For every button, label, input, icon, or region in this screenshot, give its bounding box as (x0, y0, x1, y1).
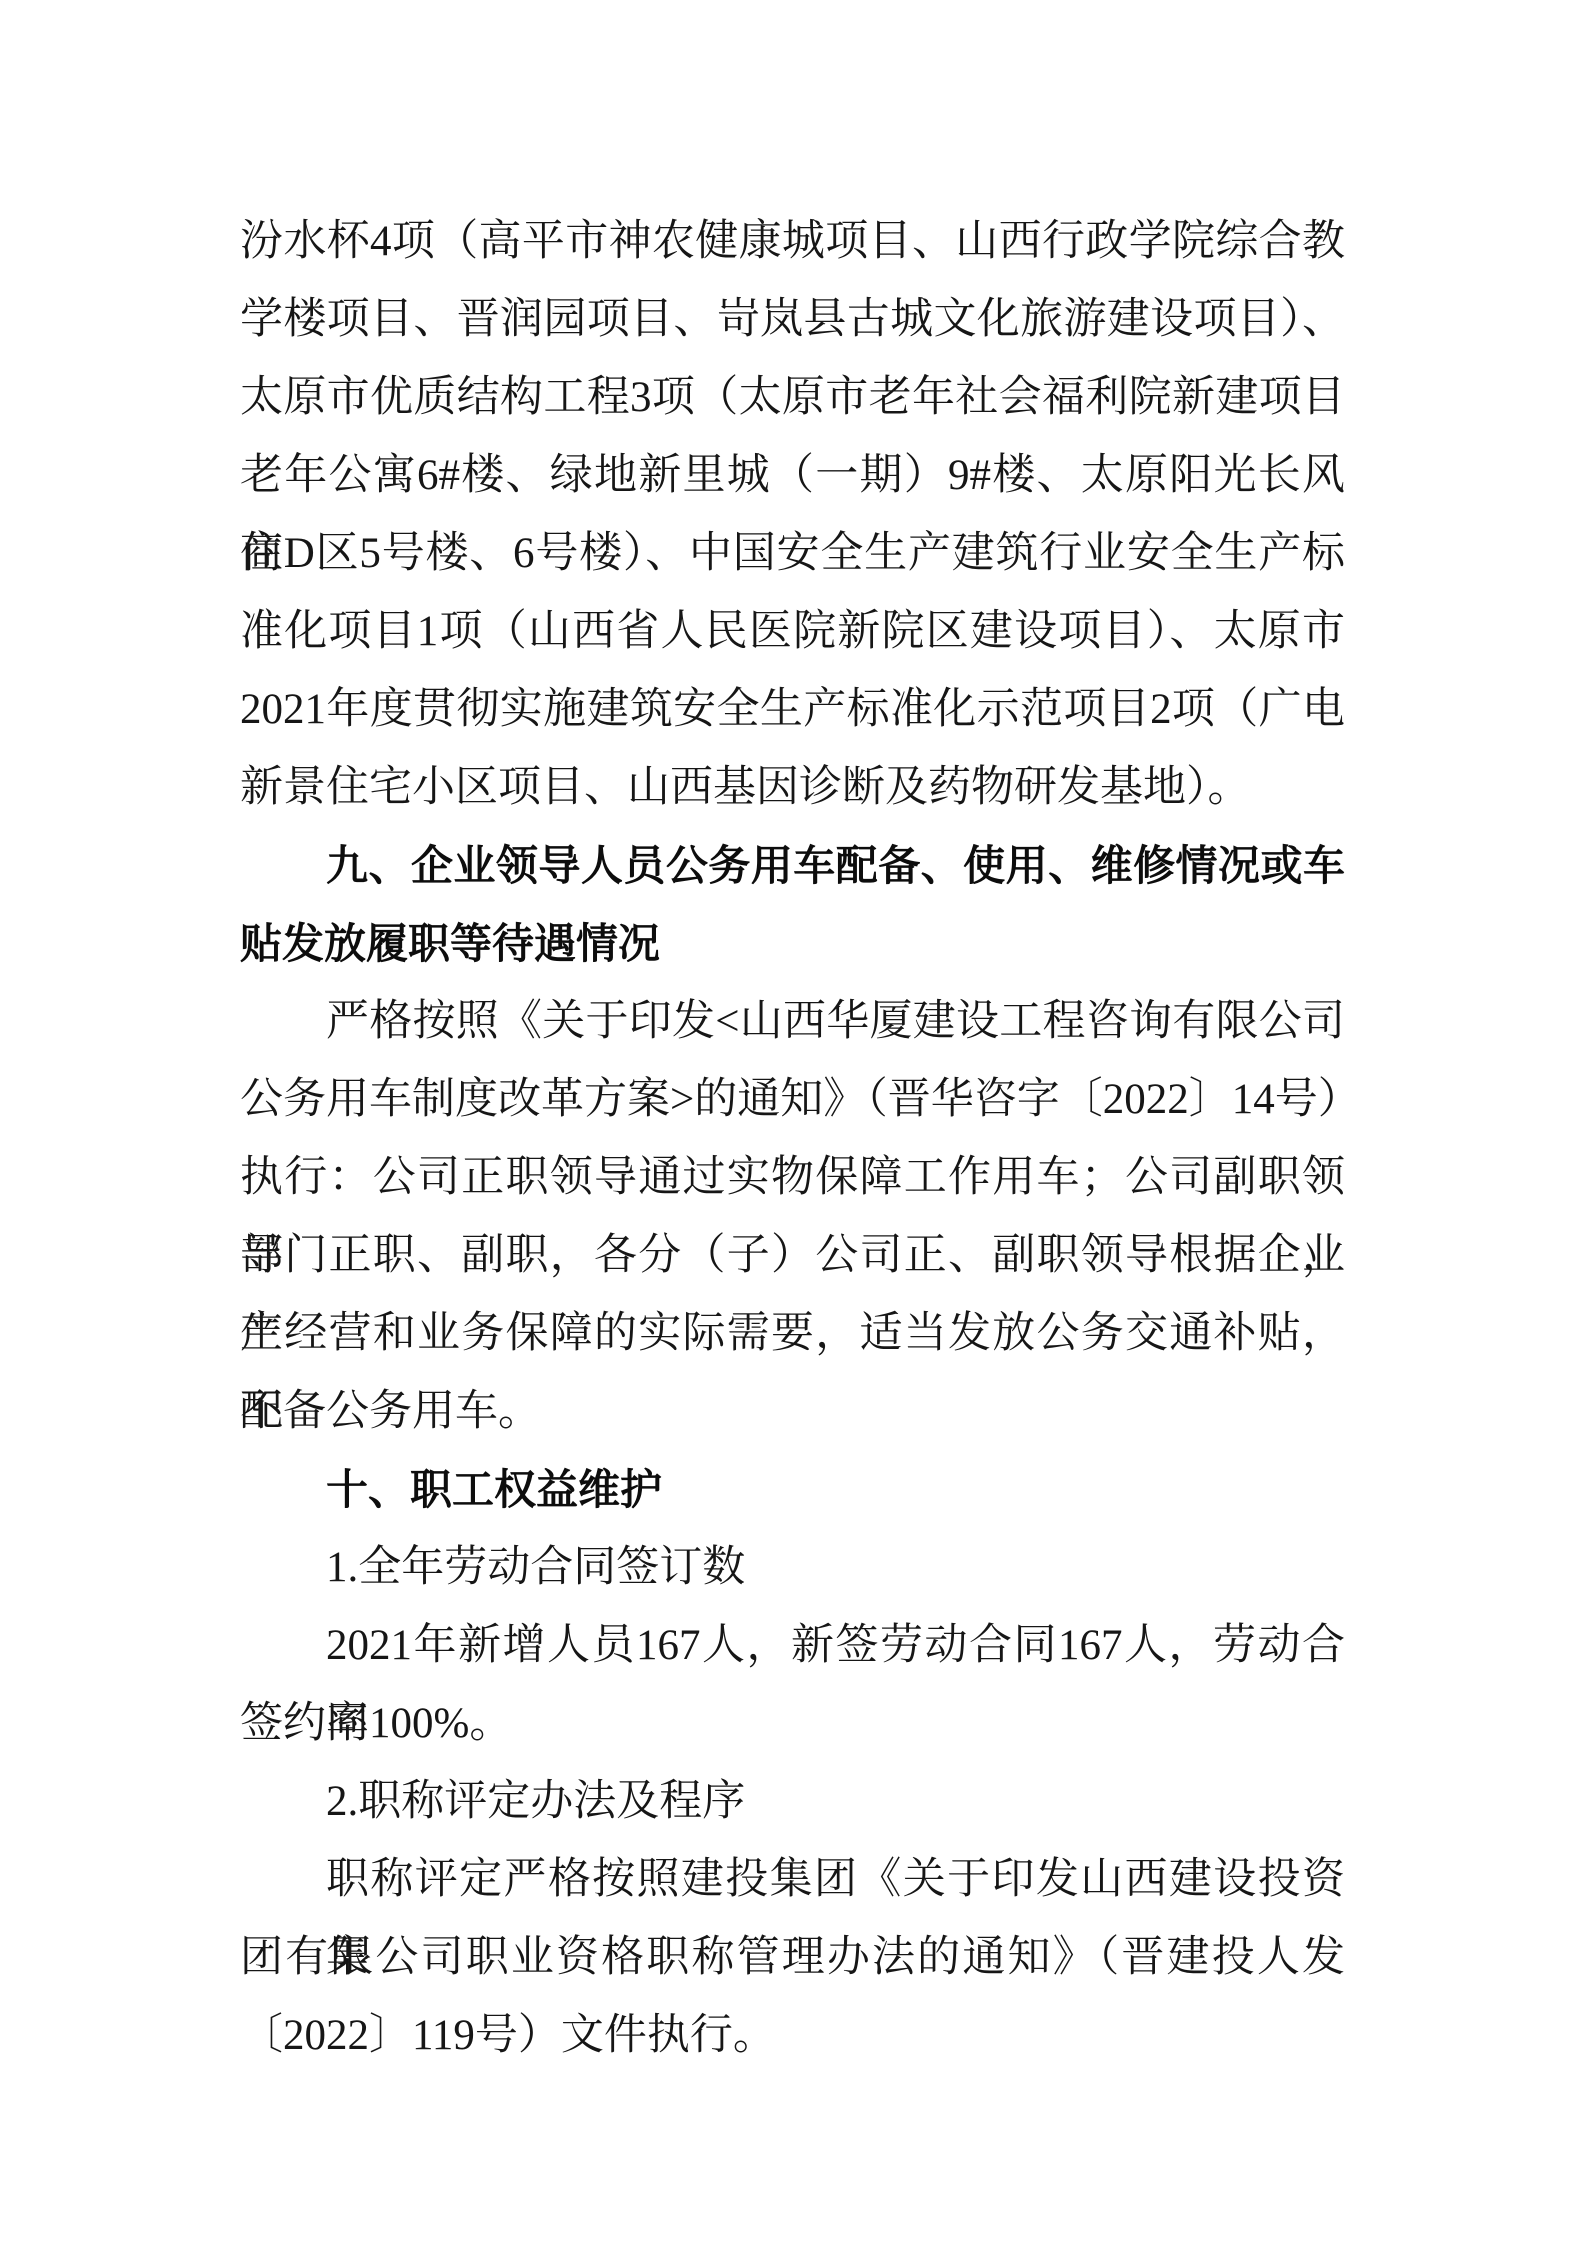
text-line: 老年公寓6#楼、绿地新里城（一期）9#楼、太原阳光长风商 (240, 437, 1345, 515)
text-line: 学楼项目、晋润园项目、岢岚县古城文化旅游建设项目）、 (240, 281, 1345, 359)
text-line: 2021年度贯彻实施建筑安全生产标准化示范项目2项（广电 (240, 671, 1345, 749)
text-line: 汾水杯4项（高平市神农健康城项目、山西行政学院综合教 (240, 203, 1345, 281)
text-line: 严格按照《关于印发<山西华厦建设工程咨询有限公司 (240, 983, 1345, 1061)
heading-line: 贴发放履职等待遇情况 (240, 905, 1345, 983)
text-line: 产经营和业务保障的实际需要，适当发放公务交通补贴，不 (240, 1295, 1345, 1373)
text-line: 准化项目1项（山西省人民医院新院区建设项目）、太原市 (240, 593, 1345, 671)
text-column: 汾水杯4项（高平市神农健康城项目、山西行政学院综合教学楼项目、晋润园项目、岢岚县… (240, 203, 1345, 2075)
text-line: 2021年新增人员167人，新签劳动合同167人，劳动合同 (240, 1607, 1345, 1685)
text-line: 2.职称评定办法及程序 (240, 1763, 1345, 1841)
text-line: 公务用车制度改革方案>的通知》（晋华咨字〔2022〕14号） (240, 1061, 1345, 1139)
text-line: 住D区5号楼、6号楼）、中国安全生产建筑行业安全生产标 (240, 515, 1345, 593)
document-page: 汾水杯4项（高平市神农健康城项目、山西行政学院综合教学楼项目、晋润园项目、岢岚县… (0, 0, 1587, 2245)
text-line: 太原市优质结构工程3项（太原市老年社会福利院新建项目 (240, 359, 1345, 437)
text-line: 配备公务用车。 (240, 1373, 1345, 1451)
heading-line: 九、企业领导人员公务用车配备、使用、维修情况或车 (240, 827, 1345, 905)
text-line: 执行：公司正职领导通过实物保障工作用车；公司副职领导， (240, 1139, 1345, 1217)
text-line: 职称评定严格按照建投集团《关于印发山西建设投资集 (240, 1841, 1345, 1919)
text-line: 签约率100%。 (240, 1685, 1345, 1763)
text-line: 〔2022〕119号）文件执行。 (240, 1997, 1345, 2075)
text-line: 团有限公司职业资格职称管理办法的通知》（晋建投人发 (240, 1919, 1345, 1997)
text-line: 1.全年劳动合同签订数 (240, 1529, 1345, 1607)
text-line: 部门正职、副职，各分（子）公司正、副职领导根据企业生 (240, 1217, 1345, 1295)
heading-line: 十、职工权益维护 (240, 1451, 1345, 1529)
text-line: 新景住宅小区项目、山西基因诊断及药物研发基地）。 (240, 749, 1345, 827)
